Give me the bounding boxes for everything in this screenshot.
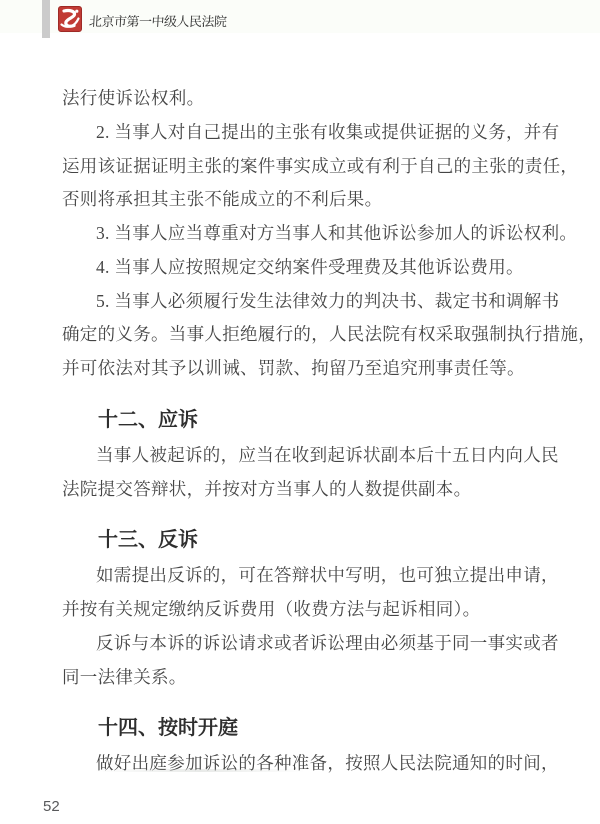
text-line: 并可依法对其予以训诫、罚款、拘留乃至追究刑事责任等。: [62, 352, 567, 386]
text-line: 否则将承担其主张不能成立的不利后果。: [62, 183, 567, 217]
text-line: 反诉与本诉的诉讼请求或者诉讼理由必须基于同一事实或者: [62, 627, 567, 661]
paragraph: 反诉与本诉的诉讼请求或者诉讼理由必须基于同一事实或者同一法律关系。: [62, 627, 567, 695]
text-line: 做好出庭参加诉讼的各种准备，按照人民法院通知的时间，: [62, 747, 567, 781]
page-body: 法行使诉讼权利。2. 当事人对自己提出的主张有收集或提供证据的义务，并有运用该证…: [62, 82, 567, 781]
court-name-title: 北京市第一中级人民法院: [89, 11, 228, 30]
paragraph: 3. 当事人应当尊重对方当事人和其他诉讼参加人的诉讼权利。: [62, 217, 567, 251]
court-seal-icon: [58, 6, 82, 32]
text-line: 当事人被起诉的，应当在收到起诉状副本后十五日内向人民: [62, 439, 567, 473]
section-heading: 十三、反诉: [62, 526, 567, 554]
paragraph: 法行使诉讼权利。: [62, 82, 567, 116]
section-heading: 十二、应诉: [62, 406, 567, 434]
page-number: 52: [43, 798, 60, 815]
scan-artifact: [95, 769, 305, 772]
heading-text: 十三、反诉: [62, 526, 567, 554]
scanned-document-page: 北京市第一中级人民法院 法行使诉讼权利。2. 当事人对自己提出的主张有收集或提供…: [0, 0, 600, 824]
paragraph: 5. 当事人必须履行发生法律效力的判决书、裁定书和调解书确定的义务。当事人拒绝履…: [62, 285, 567, 386]
header-accent-bar: [42, 0, 50, 38]
paragraph: 做好出庭参加诉讼的各种准备，按照人民法院通知的时间，: [62, 747, 567, 781]
paragraph: 2. 当事人对自己提出的主张有收集或提供证据的义务，并有运用该证据证明主张的案件…: [62, 116, 567, 217]
text-line: 5. 当事人必须履行发生法律效力的判决书、裁定书和调解书: [62, 285, 567, 319]
heading-text: 十四、按时开庭: [62, 714, 567, 742]
heading-text: 十二、应诉: [62, 406, 567, 434]
text-line: 4. 当事人应按照规定交纳案件受理费及其他诉讼费用。: [62, 251, 567, 285]
paragraph: 当事人被起诉的，应当在收到起诉状副本后十五日内向人民法院提交答辩状，并按对方当事…: [62, 439, 567, 507]
text-line: 2. 当事人对自己提出的主张有收集或提供证据的义务，并有: [62, 116, 567, 150]
text-line: 法行使诉讼权利。: [62, 82, 567, 116]
text-line: 如需提出反诉的，可在答辩状中写明，也可独立提出申请，: [62, 559, 567, 593]
text-line: 同一法律关系。: [62, 661, 567, 695]
paragraph: 如需提出反诉的，可在答辩状中写明，也可独立提出申请，并按有关规定缴纳反诉费用（收…: [62, 559, 567, 627]
text-line: 法院提交答辩状，并按对方当事人的人数提供副本。: [62, 473, 567, 507]
seal-dot: [75, 10, 78, 13]
paragraph: 4. 当事人应按照规定交纳案件受理费及其他诉讼费用。: [62, 251, 567, 285]
text-line: 3. 当事人应当尊重对方当事人和其他诉讼参加人的诉讼权利。: [62, 217, 567, 251]
section-heading: 十四、按时开庭: [62, 714, 567, 742]
text-line: 运用该证据证明主张的案件事实成立或有利于自己的主张的责任，: [62, 150, 567, 184]
text-line: 确定的义务。当事人拒绝履行的，人民法院有权采取强制执行措施，: [62, 318, 567, 352]
text-line: 并按有关规定缴纳反诉费用（收费方法与起诉相同）。: [62, 593, 567, 627]
